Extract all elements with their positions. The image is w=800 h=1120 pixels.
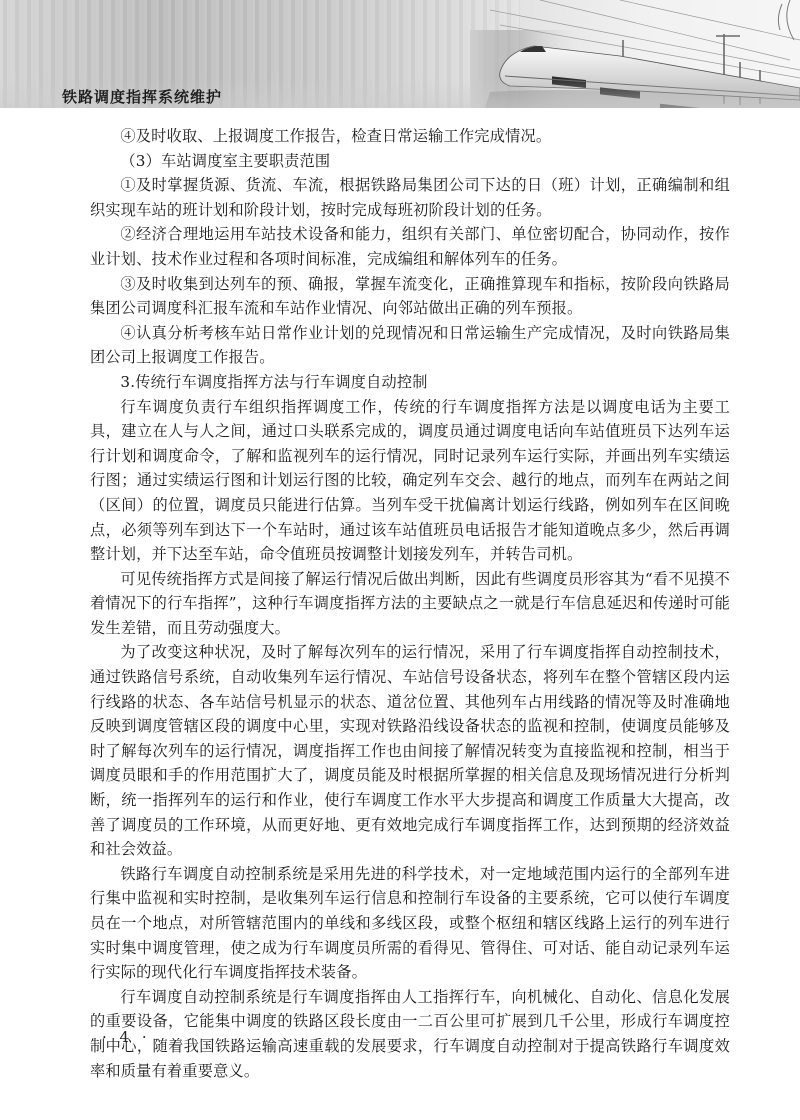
paragraph: ①及时掌握货源、货流、车流，根据铁路局集团公司下达的日（班）计划，正确编制和组织… (90, 173, 730, 222)
paragraph: ②经济合理地运用车站技术设备和能力，组织有关部门、单位密切配合，协同动作，按作业… (90, 222, 730, 271)
subsection-heading: （3）车站调度室主要职责范围 (90, 149, 730, 174)
paragraph: 行车调度负责行车组织指挥调度工作，传统的行车调度指挥方法是以调度电话为主要工具，… (90, 395, 730, 567)
paragraph: 为了改变这种状况，及时了解每次列车的运行情况，采用了行车调度指挥自动控制技术，通… (90, 640, 730, 861)
page-header: 铁路调度指挥系统维护 (0, 0, 800, 108)
paragraph: ③及时收集到达列车的预、确报，掌握车流变化，正确推算现车和指标，按阶段向铁路局集… (90, 272, 730, 321)
paragraph: ④及时收取、上报调度工作报告，检查日常运输工作完成情况。 (90, 124, 730, 149)
paragraph: ④认真分析考核车站日常作业计划的兑现情况和日常运输生产完成情况，及时向铁路局集团… (90, 321, 730, 370)
paragraph: 铁路行车调度自动控制系统是采用先进的科学技术，对一定地域范围内运行的全部列车进行… (90, 862, 730, 985)
paragraph: 行车调度自动控制系统是行车调度指挥由人工指挥行车，向机械化、自动化、信息化发展的… (90, 985, 730, 1083)
paragraph: 可见传统指挥方式是间接了解运行情况后做出判断，因此有些调度员形容其为“看不见摸不… (90, 567, 730, 641)
body-text: ④及时收取、上报调度工作报告，检查日常运输工作完成情况。 （3）车站调度室主要职… (90, 124, 730, 1083)
book-title: 铁路调度指挥系统维护 (62, 86, 222, 107)
page-number: · 4 · (102, 1028, 151, 1046)
section-heading: 3.传统行车调度指挥方法与行车调度自动控制 (90, 370, 730, 395)
